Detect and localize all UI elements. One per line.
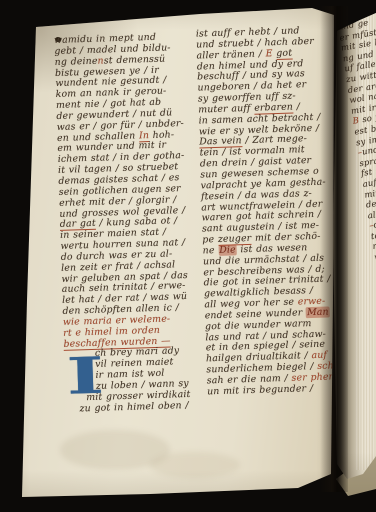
text-segment: hoh- xyxy=(149,129,175,141)
text-segment: pe xyxy=(202,234,218,245)
text-segment: auf xyxy=(311,350,327,361)
text-segment: un mit irs begunder / xyxy=(207,383,313,397)
text-segment: / xyxy=(293,101,300,112)
text-column-right: ist auff er hebt / undund struebt / hach… xyxy=(196,25,342,398)
text-segment: ne xyxy=(203,245,219,256)
illuminated-initial-I: I xyxy=(66,350,105,403)
text-segment: Man xyxy=(306,306,330,318)
manuscript-photo: wamidu in mept undgebt / madel und bildu… xyxy=(0,0,376,512)
text-line: un mit irs begunder / xyxy=(207,383,341,398)
page-writing: wamidu in mept undgebt / madel und bildu… xyxy=(0,0,376,512)
text-segment: E xyxy=(265,48,276,59)
text-segment: Die xyxy=(218,244,237,256)
left-page: wamidu in mept undgebt / madel und bildu… xyxy=(0,0,376,512)
text-segment: ser pheml xyxy=(291,371,341,384)
